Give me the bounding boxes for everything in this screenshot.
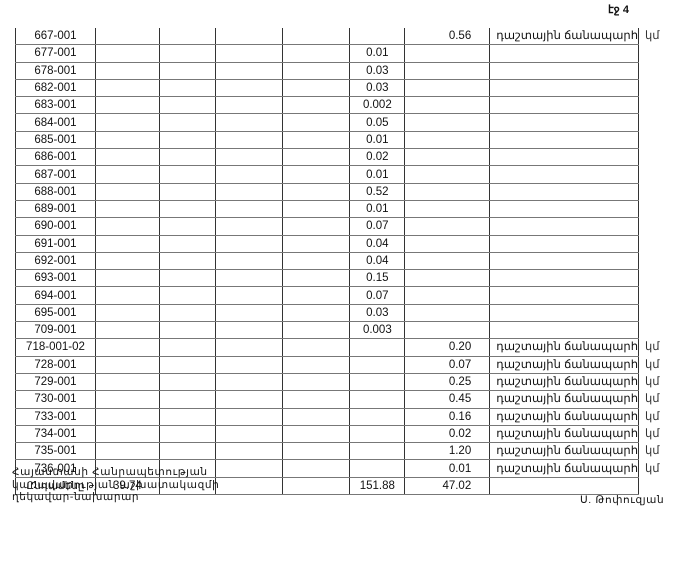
cell-c6 [405,200,490,217]
cell-c5: 0.01 [350,45,405,62]
cell-c1 [95,218,159,235]
cell-c1 [95,408,159,425]
cell-c4 [282,235,350,252]
cell-c4 [282,114,350,131]
table-row: 735-0011.20դաշտային ճանապարհկմ [16,443,679,460]
cell-c6: 0.20 [405,339,490,356]
cell-c5: 0.07 [350,218,405,235]
table-row: 690-0010.07 [16,218,679,235]
cell-c1 [95,45,159,62]
cell-unit [638,62,678,79]
cell-unit [638,252,678,269]
table-row: 682-0010.03 [16,79,679,96]
cell-c2 [159,131,215,148]
cell-c4 [282,460,350,477]
cell-c1 [95,28,159,45]
signatory-name: Ս. Թոփուզյան [580,494,664,506]
cell-c1 [95,425,159,442]
cell-c3 [215,114,282,131]
cell-unit: կմ [638,391,678,408]
cell-desc [490,200,639,217]
cell-unit: կմ [638,443,678,460]
cell-c6 [405,45,490,62]
cell-c2 [159,183,215,200]
cell-desc [490,304,639,321]
cell-c3 [215,200,282,217]
cell-c4 [282,200,350,217]
cell-c4 [282,166,350,183]
table-row: 677-0010.01 [16,45,679,62]
table-row: 685-0010.01 [16,131,679,148]
cell-desc [490,45,639,62]
page-number-label: էջ 4 [608,3,629,16]
cell-unit [638,218,678,235]
cell-c2 [159,45,215,62]
cell-desc [490,477,639,494]
cell-c5 [350,339,405,356]
cell-c3 [215,131,282,148]
cell-desc [490,131,639,148]
cell-code: 709-001 [16,322,96,339]
cell-c5 [350,391,405,408]
cell-c2 [159,339,215,356]
cell-c3 [215,45,282,62]
cell-unit [638,166,678,183]
cell-code: 735-001 [16,443,96,460]
cell-c5: 0.01 [350,166,405,183]
cell-c2 [159,252,215,269]
table-row: 729-0010.25դաշտային ճանապարհկմ [16,373,679,390]
cell-desc [490,62,639,79]
cell-code: 734-001 [16,425,96,442]
cell-c6: 1.20 [405,443,490,460]
cell-code: 677-001 [16,45,96,62]
cell-unit: կմ [638,356,678,373]
cell-c4 [282,97,350,114]
cell-unit: կմ [638,28,678,45]
cell-c1 [95,304,159,321]
table-row: 728-0010.07դաշտային ճանապարհկմ [16,356,679,373]
cell-c4 [282,131,350,148]
cell-c4 [282,408,350,425]
cell-c5: 0.03 [350,304,405,321]
cell-desc [490,322,639,339]
cell-c3 [215,391,282,408]
cell-c1 [95,287,159,304]
cell-c5: 0.05 [350,114,405,131]
cell-c4 [282,149,350,166]
footer-position-title: Հայաստանի Հանրապետության կառավարության ա… [12,466,219,504]
cell-c6 [405,149,490,166]
cell-c4 [282,287,350,304]
table-row: 686-0010.02 [16,149,679,166]
cell-unit [638,97,678,114]
cell-c4 [282,45,350,62]
cell-code: 718-001-02 [16,339,96,356]
cell-desc: դաշտային ճանապարհ [490,425,639,442]
cell-c2 [159,443,215,460]
cell-desc [490,252,639,269]
cell-c1 [95,200,159,217]
cell-c3 [215,356,282,373]
cell-unit [638,287,678,304]
cell-c5: 0.01 [350,131,405,148]
cell-desc [490,97,639,114]
cell-unit: կմ [638,460,678,477]
cell-desc: դաշտային ճանապարհ [490,373,639,390]
cell-c5: 0.15 [350,270,405,287]
cell-c3 [215,235,282,252]
cell-unit [638,477,678,494]
cell-c4 [282,183,350,200]
cell-unit: կմ [638,425,678,442]
table-row: 691-0010.04 [16,235,679,252]
cell-c2 [159,97,215,114]
cell-c6: 0.01 [405,460,490,477]
cell-c3 [215,425,282,442]
table-row: 689-0010.01 [16,200,679,217]
cell-c1 [95,322,159,339]
table-row: 730-0010.45դաշտային ճանապարհկմ [16,391,679,408]
cell-c3 [215,443,282,460]
cell-c5 [350,408,405,425]
cell-desc [490,183,639,200]
cell-c1 [95,183,159,200]
cell-c6 [405,131,490,148]
cell-unit [638,114,678,131]
footer-line: ղեկավար-նախարար [12,491,219,504]
table-row: 733-0010.16դաշտային ճանապարհկմ [16,408,679,425]
cell-c5 [350,356,405,373]
cell-unit [638,322,678,339]
table-row: 667-0010.56դաշտային ճանապարհկմ [16,28,679,45]
cell-unit [638,304,678,321]
table-row: 684-0010.05 [16,114,679,131]
cell-code: 667-001 [16,28,96,45]
cell-code: 692-001 [16,252,96,269]
cell-desc [490,218,639,235]
cell-c1 [95,356,159,373]
cell-c3 [215,252,282,269]
cell-c2 [159,408,215,425]
cell-unit [638,235,678,252]
cell-c2 [159,149,215,166]
data-table: 667-0010.56դաշտային ճանապարհկմ677-0010.0… [15,28,679,495]
cell-c3 [215,287,282,304]
cell-c6: 0.16 [405,408,490,425]
cell-c6: 0.56 [405,28,490,45]
cell-c1 [95,443,159,460]
cell-unit [638,200,678,217]
cell-c5 [350,460,405,477]
cell-c2 [159,391,215,408]
cell-c1 [95,97,159,114]
cell-c1 [95,79,159,96]
cell-code: 678-001 [16,62,96,79]
footer-line: կառավարության աշխատակազմի [12,479,219,492]
cell-c6 [405,322,490,339]
cell-c5: 151.88 [350,477,405,494]
cell-c3 [215,183,282,200]
cell-c4 [282,339,350,356]
cell-c5: 0.04 [350,252,405,269]
table-row: 688-0010.52 [16,183,679,200]
cell-c2 [159,200,215,217]
cell-c2 [159,166,215,183]
cell-c4 [282,391,350,408]
cell-c5: 0.002 [350,97,405,114]
cell-c3 [215,460,282,477]
cell-desc: դաշտային ճանապարհ [490,443,639,460]
cell-c4 [282,425,350,442]
cell-c6 [405,79,490,96]
cell-code: 694-001 [16,287,96,304]
cell-c1 [95,339,159,356]
cell-c3 [215,304,282,321]
cell-desc [490,79,639,96]
cell-c5: 0.04 [350,235,405,252]
cell-code: 683-001 [16,97,96,114]
footer-line: Հայաստանի Հանրապետության [12,466,219,479]
cell-desc [490,287,639,304]
cell-c2 [159,218,215,235]
cell-c5: 0.07 [350,287,405,304]
cell-c6 [405,183,490,200]
cell-c5 [350,425,405,442]
cell-c6 [405,218,490,235]
cell-c1 [95,391,159,408]
cell-c3 [215,218,282,235]
table-row: 709-0010.003 [16,322,679,339]
cell-desc: դաշտային ճանապարհ [490,339,639,356]
cell-c1 [95,235,159,252]
cell-c2 [159,322,215,339]
cell-code: 682-001 [16,79,96,96]
cell-code: 728-001 [16,356,96,373]
cell-code: 684-001 [16,114,96,131]
cell-c3 [215,62,282,79]
cell-c5: 0.03 [350,79,405,96]
cell-c3 [215,339,282,356]
cell-c4 [282,252,350,269]
cell-c6: 0.45 [405,391,490,408]
cell-c3 [215,373,282,390]
cell-code: 730-001 [16,391,96,408]
table-row: 734-0010.02դաշտային ճանապարհկմ [16,425,679,442]
table-row: 693-0010.15 [16,270,679,287]
table-row: 695-0010.03 [16,304,679,321]
cell-c2 [159,235,215,252]
cell-c3 [215,149,282,166]
table-row: 678-0010.03 [16,62,679,79]
cell-desc [490,149,639,166]
cell-c3 [215,79,282,96]
cell-code: 687-001 [16,166,96,183]
cell-c3 [215,28,282,45]
cell-desc [490,270,639,287]
cell-c5: 0.01 [350,200,405,217]
cell-c6 [405,97,490,114]
cell-c4 [282,373,350,390]
table-row: 718-001-020.20դաշտային ճանապարհկմ [16,339,679,356]
cell-code: 729-001 [16,373,96,390]
cell-c2 [159,28,215,45]
cell-c5 [350,443,405,460]
cell-c6 [405,304,490,321]
cell-unit: կմ [638,339,678,356]
cell-code: 733-001 [16,408,96,425]
cell-c5: 0.52 [350,183,405,200]
cell-desc: դաշտային ճանապարհ [490,356,639,373]
table-row: 687-0010.01 [16,166,679,183]
cell-unit [638,79,678,96]
cell-c4 [282,304,350,321]
cell-c6 [405,166,490,183]
cell-c2 [159,79,215,96]
cell-c2 [159,356,215,373]
cell-c1 [95,149,159,166]
cell-c2 [159,270,215,287]
cell-c4 [282,443,350,460]
cell-c1 [95,373,159,390]
cell-c3 [215,477,282,494]
cell-c5: 0.03 [350,62,405,79]
cell-unit [638,131,678,148]
cell-c6: 0.25 [405,373,490,390]
cell-desc [490,235,639,252]
cell-unit [638,270,678,287]
cell-c2 [159,373,215,390]
cell-c6 [405,235,490,252]
cell-desc: դաշտային ճանապարհ [490,28,639,45]
cell-c3 [215,322,282,339]
cell-code: 685-001 [16,131,96,148]
cell-code: 695-001 [16,304,96,321]
cell-c3 [215,408,282,425]
cell-code: 691-001 [16,235,96,252]
cell-c2 [159,62,215,79]
cell-c1 [95,114,159,131]
cell-c6: 0.07 [405,356,490,373]
cell-code: 689-001 [16,200,96,217]
cell-c4 [282,62,350,79]
cell-desc [490,166,639,183]
cell-c1 [95,270,159,287]
cell-c3 [215,97,282,114]
table-row: 683-0010.002 [16,97,679,114]
cell-c3 [215,166,282,183]
cell-c4 [282,218,350,235]
cell-c6 [405,270,490,287]
cell-c6: 0.02 [405,425,490,442]
cell-c6 [405,62,490,79]
cell-c4 [282,356,350,373]
cell-c2 [159,114,215,131]
cell-c5: 0.003 [350,322,405,339]
cell-unit [638,45,678,62]
cell-code: 690-001 [16,218,96,235]
table-row: 694-0010.07 [16,287,679,304]
cell-c5 [350,373,405,390]
cell-c6 [405,287,490,304]
cell-code: 693-001 [16,270,96,287]
cell-desc: դաշտային ճանապարհ [490,391,639,408]
cell-unit: կմ [638,408,678,425]
cell-c4 [282,270,350,287]
cell-c6 [405,252,490,269]
cell-c4 [282,28,350,45]
cell-unit [638,183,678,200]
cell-c5: 0.02 [350,149,405,166]
cell-c6: 47.02 [405,477,490,494]
cell-c1 [95,252,159,269]
cell-c4 [282,79,350,96]
cell-c4 [282,477,350,494]
cell-c3 [215,270,282,287]
cell-code: 688-001 [16,183,96,200]
cell-desc: դաշտային ճանապարհ [490,408,639,425]
cell-c1 [95,62,159,79]
cell-desc: դաշտային ճանապարհ [490,460,639,477]
cell-c6 [405,114,490,131]
cell-desc [490,114,639,131]
cell-code: 686-001 [16,149,96,166]
cell-c2 [159,287,215,304]
table-row: 692-0010.04 [16,252,679,269]
cell-c1 [95,131,159,148]
cell-c4 [282,322,350,339]
cell-c5 [350,28,405,45]
cell-unit [638,149,678,166]
cell-c2 [159,425,215,442]
cell-c2 [159,304,215,321]
cell-unit: կմ [638,373,678,390]
cell-c1 [95,166,159,183]
